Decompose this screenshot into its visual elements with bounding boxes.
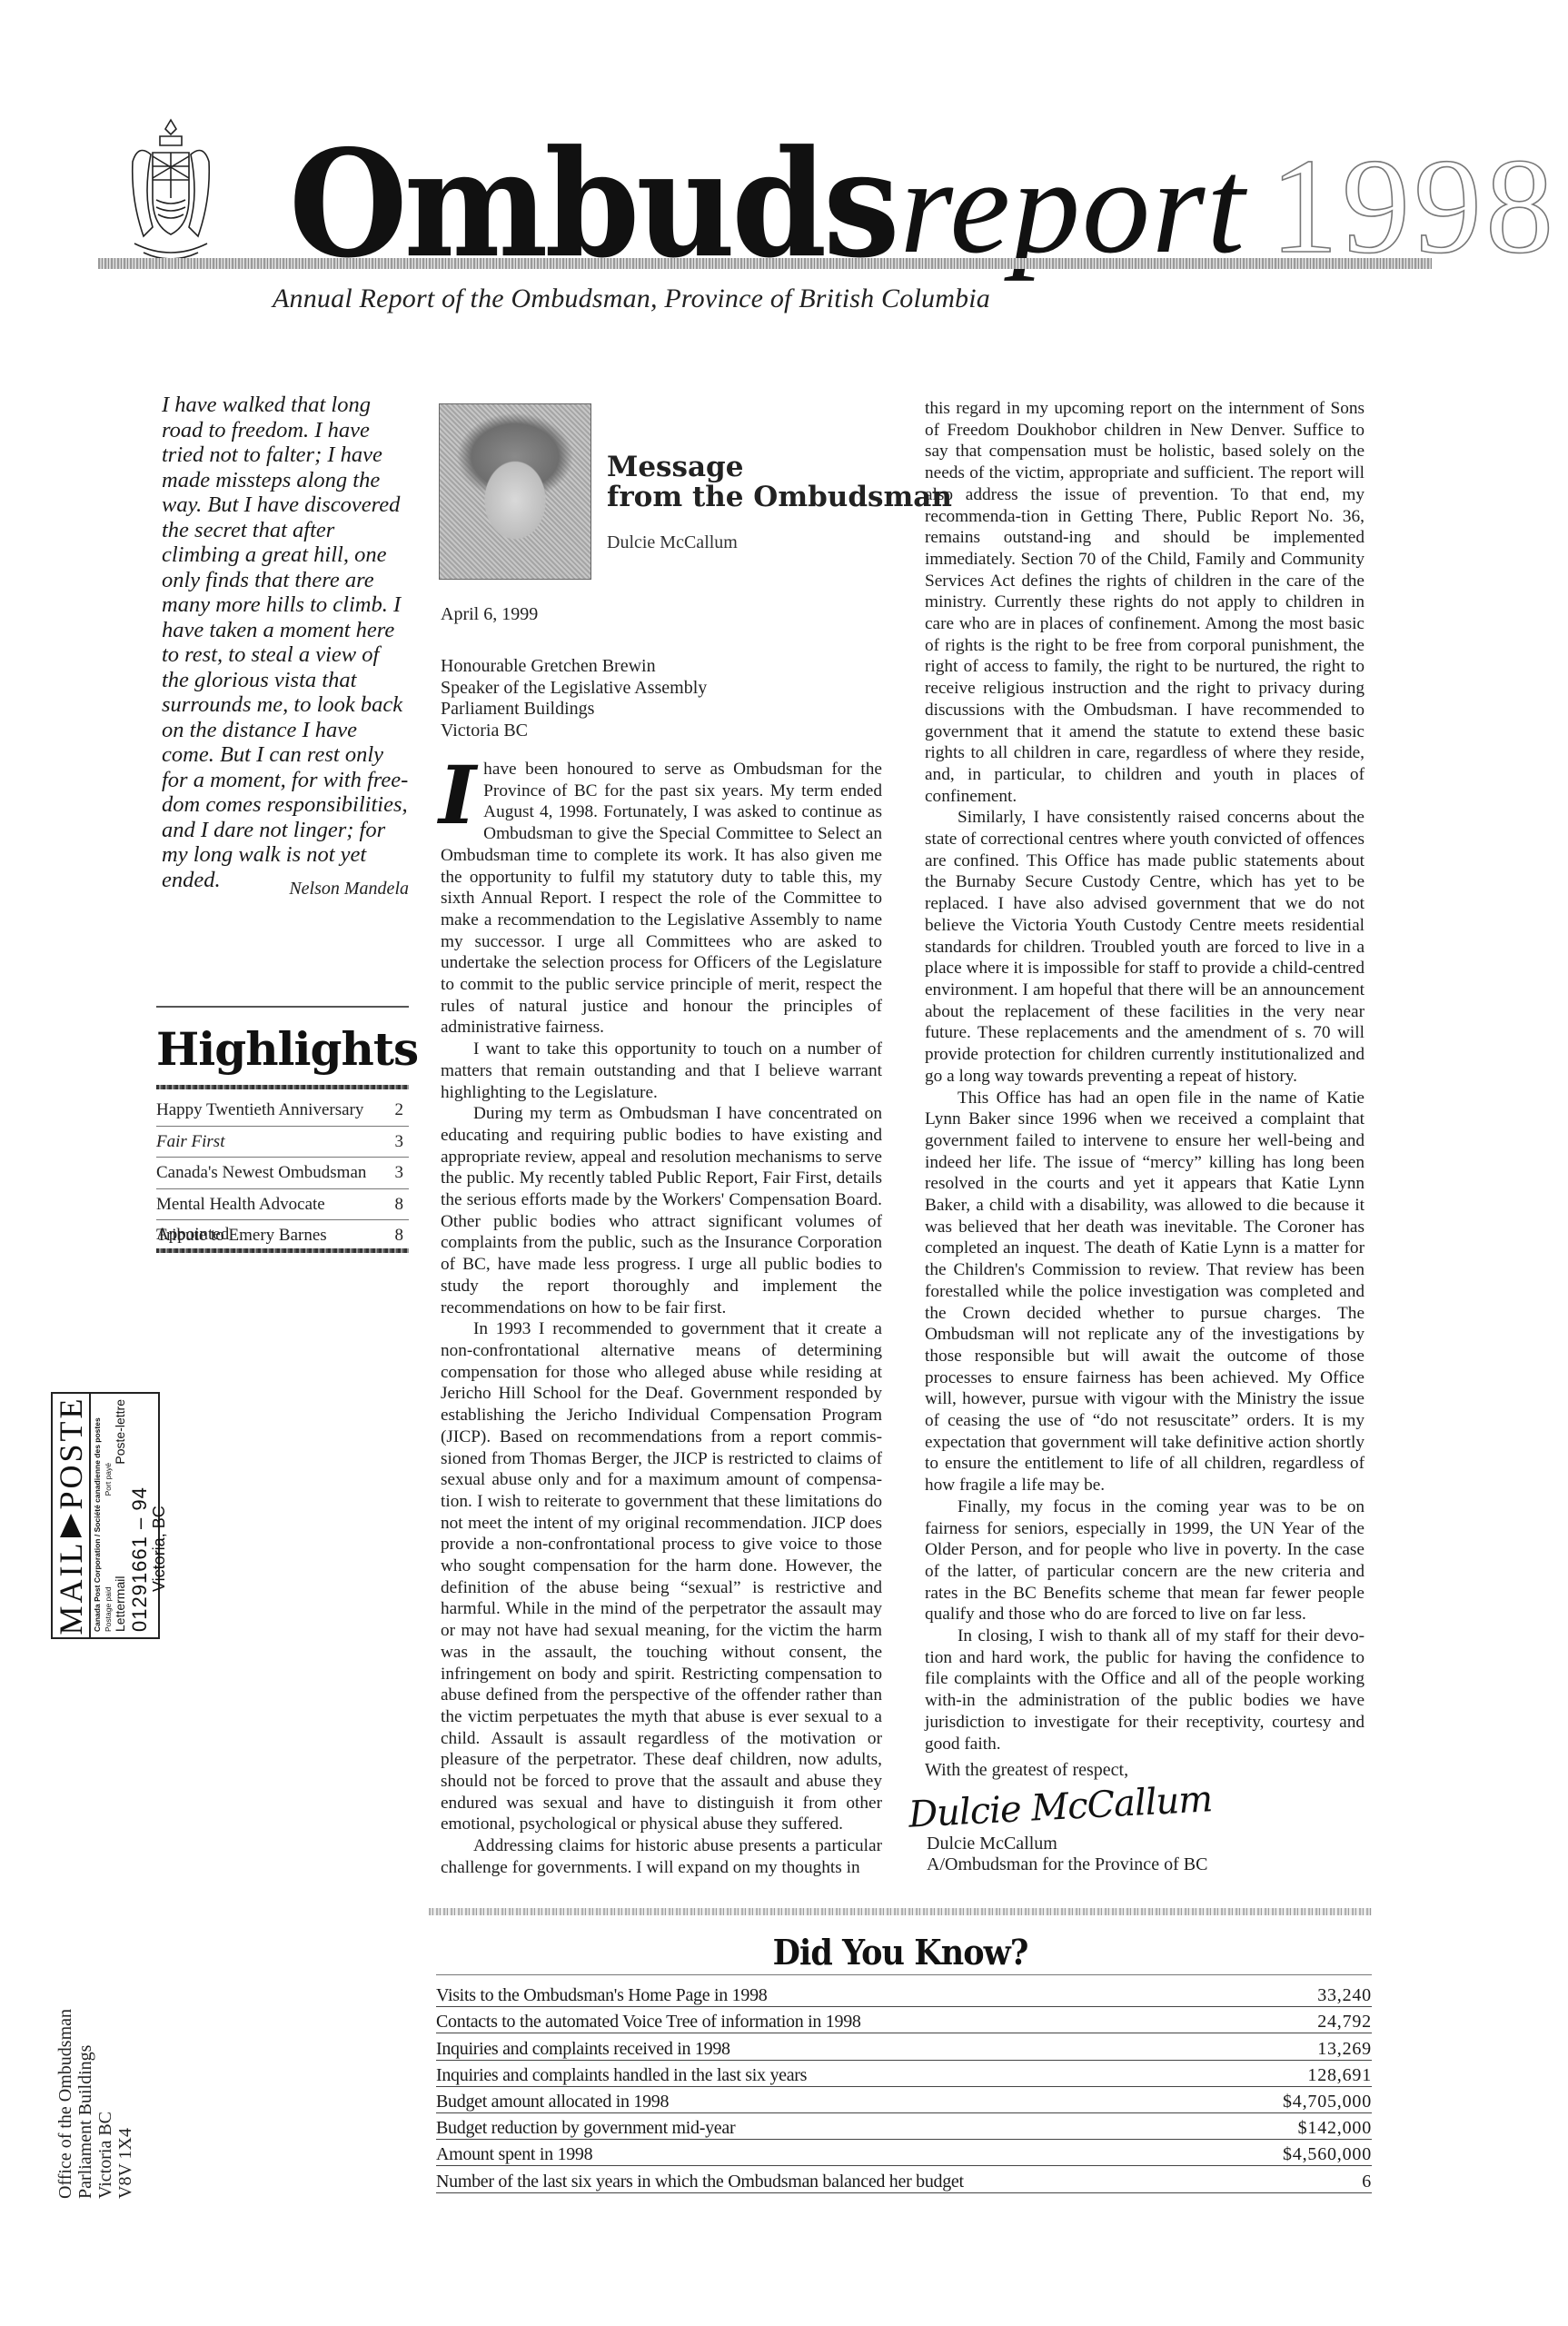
handwritten-signature: Dulcie McCallum — [908, 1778, 1213, 1835]
highlights-top-rule — [156, 1006, 409, 1008]
signer-block: Dulcie McCallum A/Ombudsman for the Prov… — [927, 1834, 1207, 1875]
highlights-bottom-rule — [156, 1248, 409, 1253]
post-corporation: Canada Post Corporation / Société canadi… — [93, 1399, 102, 1632]
highlight-item[interactable]: Mental Health Advocate Appointed8 — [156, 1189, 409, 1221]
highlight-item[interactable]: Happy Twentieth Anniversary2 — [156, 1095, 409, 1127]
mandela-quote: I have walked that long road to freedom.… — [162, 393, 412, 892]
did-you-know-table: Visits to the Ombudsman's Home Page in 1… — [436, 1981, 1372, 2193]
stat-row: Budget amount allocated in 1998$4,705,00… — [436, 2087, 1372, 2113]
highlights-rule — [156, 1085, 409, 1089]
message-paragraph: In closing, I wish to thank all of my st… — [925, 1625, 1365, 1754]
return-address: Office of the Ombudsman Parliament Build… — [45, 1963, 145, 2199]
message-paragraph: this regard in my upcoming report on the… — [925, 398, 1365, 807]
bc-coat-of-arms-icon — [125, 116, 216, 271]
letter-date: April 6, 1999 — [441, 604, 538, 625]
drop-cap: I — [439, 762, 476, 828]
masthead-rule — [98, 258, 1432, 269]
message-paragraph: Similarly, I have consistently raised co… — [925, 807, 1365, 1087]
message-paragraph: During my term as Ombudsman I have conce… — [441, 1103, 882, 1318]
stat-row: Inquiries and complaints handled in the … — [436, 2061, 1372, 2087]
message-body-column-1: Ihave been honoured to serve as Ombudsma… — [441, 759, 882, 1879]
stat-row: Visits to the Ombudsman's Home Page in 1… — [436, 1981, 1372, 2007]
ombudsman-photo — [439, 403, 591, 580]
stat-row: Budget reduction by government mid-year$… — [436, 2113, 1372, 2140]
message-paragraph: This Office has had an open file in the … — [925, 1088, 1365, 1496]
message-title: Message from the Ombudsman — [607, 452, 952, 512]
message-paragraph: Addressing claims for historic abuse pre… — [441, 1835, 882, 1878]
letter-closing: With the greatest of respect, — [925, 1760, 1128, 1781]
message-paragraph: I want to take this opportunity to touch… — [441, 1039, 882, 1103]
postage-indicia: MAILPOSTE Canada Post Corporation / Soci… — [51, 1392, 160, 1639]
letter-recipient: Honourable Gretchen Brewin Speaker of th… — [441, 656, 707, 741]
page-number: 3 — [395, 1158, 410, 1188]
section-rule — [429, 1908, 1372, 1915]
page-number: 3 — [395, 1127, 410, 1157]
masthead-title-bold: Ombuds — [289, 131, 897, 278]
message-author: Dulcie McCallum — [607, 532, 738, 553]
message-paragraph: In 1993 I recommended to government that… — [441, 1318, 882, 1835]
postage-permit-number: 01291661 – 94 — [128, 1399, 152, 1632]
highlight-item[interactable]: Fair First3 — [156, 1127, 409, 1158]
page-number: 8 — [395, 1189, 410, 1219]
message-paragraph: Ihave been honoured to serve as Ombudsma… — [441, 759, 882, 1039]
stat-row: Inquiries and complaints received in 199… — [436, 2033, 1372, 2060]
masthead-subtitle: Annual Report of the Ombudsman, Province… — [273, 283, 990, 314]
stat-row: Number of the last six years in which th… — [436, 2166, 1372, 2192]
highlights-list: Happy Twentieth Anniversary2 Fair First3… — [156, 1095, 409, 1251]
did-you-know-top-rule — [436, 1974, 1372, 1975]
postage-city: Victoria, BC — [150, 1399, 169, 1632]
post-arrow-icon — [60, 1514, 82, 1537]
page-number: 8 — [395, 1220, 410, 1250]
stat-row: Amount spent in 1998$4,560,000 — [436, 2140, 1372, 2166]
message-paragraph: Finally, my focus in the coming year was… — [925, 1496, 1365, 1625]
page-number: 2 — [395, 1095, 410, 1125]
highlight-item[interactable]: Canada's Newest Ombudsman3 — [156, 1158, 409, 1189]
stat-row: Contacts to the automated Voice Tree of … — [436, 2007, 1372, 2033]
mail-poste-logo: MAILPOSTE — [53, 1394, 91, 1637]
did-you-know-title: Did You Know? — [467, 1932, 1335, 1973]
message-body-column-2: this regard in my upcoming report on the… — [925, 398, 1365, 1754]
highlights-title: Highlights — [156, 1022, 418, 1076]
quote-attribution: Nelson Mandela — [162, 879, 409, 900]
